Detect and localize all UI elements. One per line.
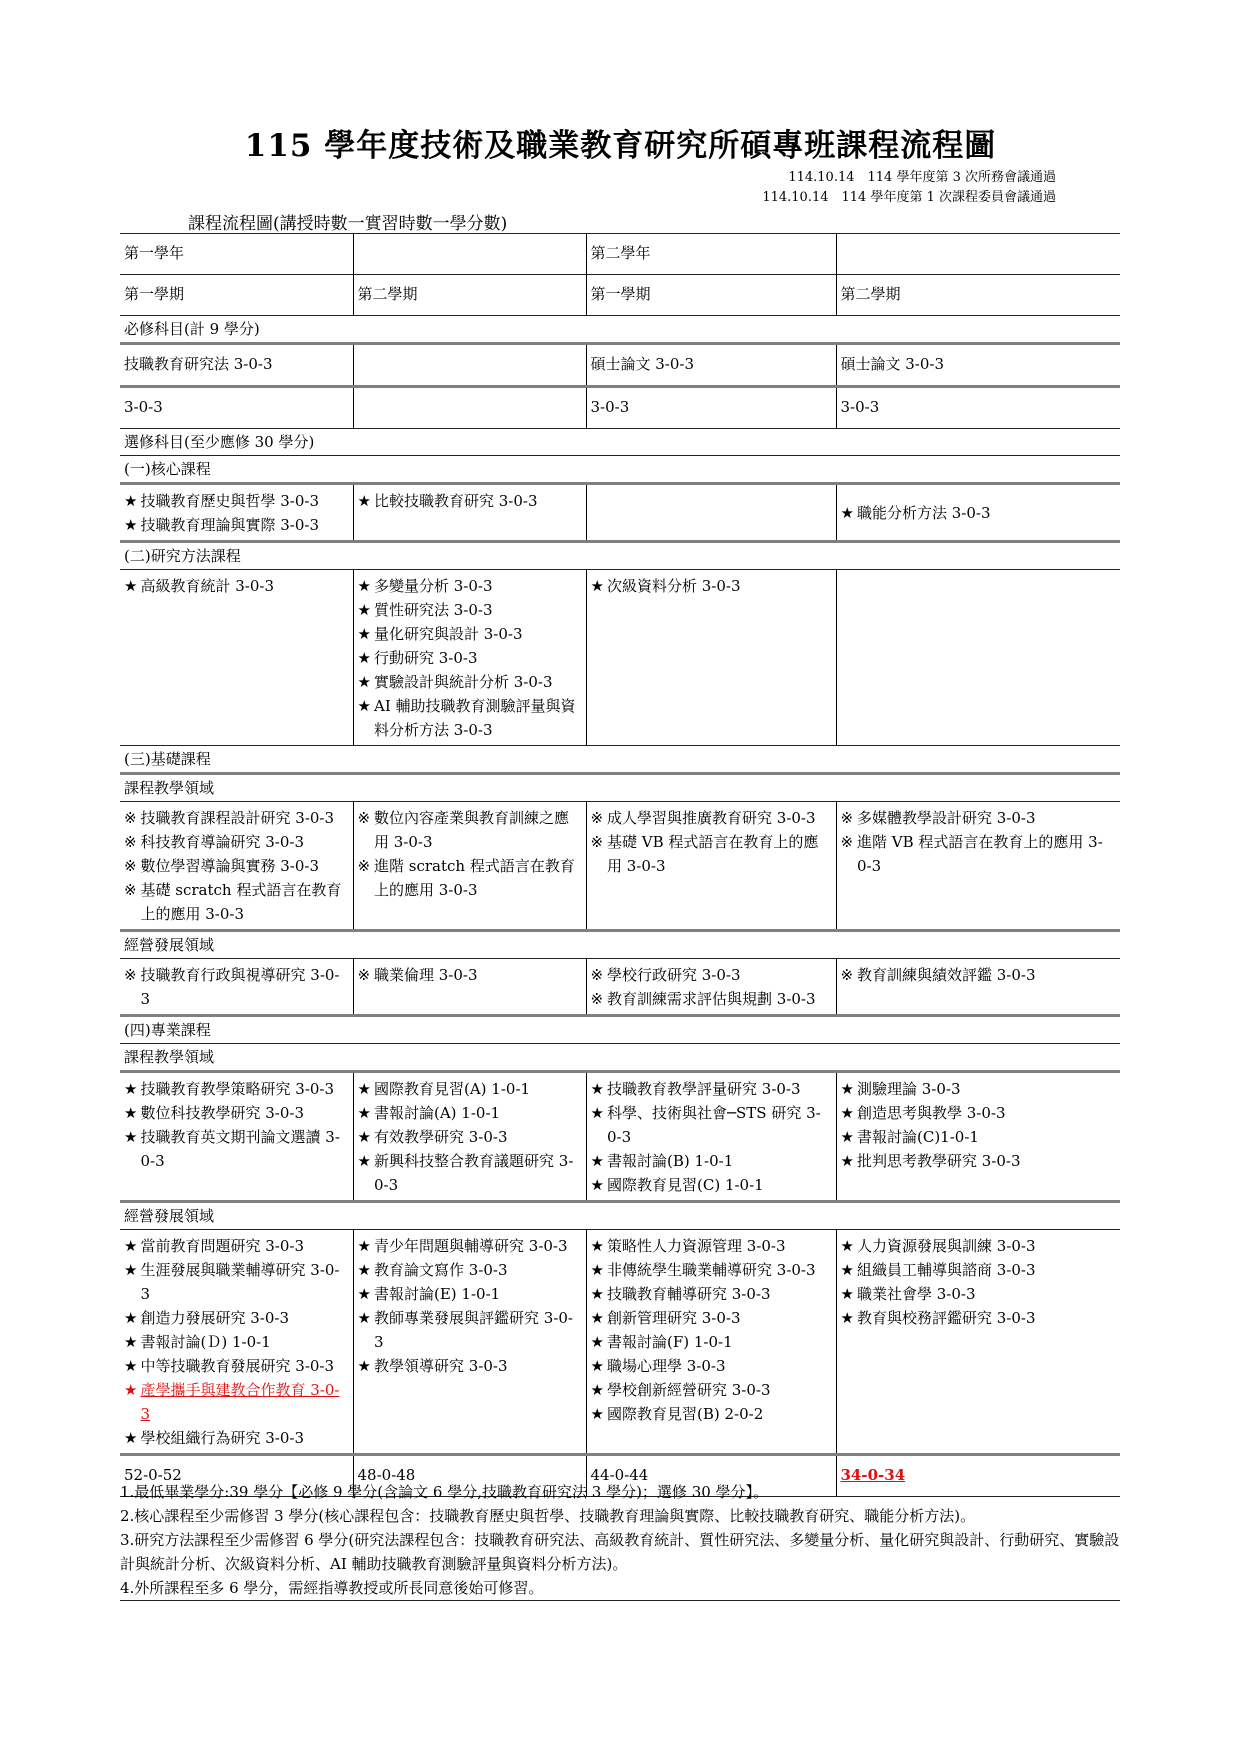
professional-curriculum-row: 課程教學領域 xyxy=(120,1044,1120,1072)
required-section-label: 必修科目(計 9 學分) xyxy=(120,316,1120,344)
foundation-management-row: 經營發展領域 xyxy=(120,931,1120,959)
subtotal-cell xyxy=(353,387,586,429)
star-icon: ★ xyxy=(591,1258,608,1282)
course-item: ★技職教育教學評量研究 3-0-3 xyxy=(591,1077,832,1101)
course-item: ★策略性人力資源管理 3-0-3 xyxy=(591,1234,832,1258)
star-icon: ★ xyxy=(591,1354,608,1378)
star-icon: ★ xyxy=(124,1077,141,1101)
course-cell xyxy=(353,344,586,387)
reference-mark-icon: ※ xyxy=(124,806,141,830)
star-icon: ★ xyxy=(841,1258,858,1282)
course-item: ★中等技職教育發展研究 3-0-3 xyxy=(124,1354,349,1378)
year-1-cell: 第一學年 xyxy=(120,234,353,275)
course-item: ★實驗設計與統計分析 3-0-3 xyxy=(358,670,582,694)
star-icon: ★ xyxy=(358,1354,375,1378)
subtotal-cell: 3-0-3 xyxy=(586,387,836,429)
course-list-cell: ※職業倫理 3-0-3 xyxy=(353,959,586,1016)
course-item: ★非傳統學生職業輔導研究 3-0-3 xyxy=(591,1258,832,1282)
star-icon: ★ xyxy=(124,1354,141,1378)
course-list-cell: ※多媒體教學設計研究 3-0-3※進階 VB 程式語言在教育上的應用 3-0-3 xyxy=(836,802,1120,931)
star-icon: ★ xyxy=(358,1234,375,1258)
year-2-cell: 第二學年 xyxy=(586,234,836,275)
star-icon: ★ xyxy=(591,1077,608,1101)
professional-management-row: 經營發展領域 xyxy=(120,1202,1120,1230)
course-item: ※進階 scratch 程式語言在教育上的應用 3-0-3 xyxy=(358,854,582,902)
approval-note-2: 114.10.14 114 學年度第 1 次課程委員會議通過 xyxy=(762,186,1056,205)
professional-section-row: (四)專業課程 xyxy=(120,1016,1120,1044)
course-item: ★職場心理學 3-0-3 xyxy=(591,1354,832,1378)
course-list-cell: ※技職教育課程設計研究 3-0-3※科技教育導論研究 3-0-3※數位學習導論與… xyxy=(120,802,353,931)
course-item: ★書報討論(Ｄ) 1-0-1 xyxy=(124,1330,349,1354)
reference-mark-icon: ※ xyxy=(841,963,858,987)
star-icon: ★ xyxy=(124,513,141,537)
course-item: ★創造力發展研究 3-0-3 xyxy=(124,1306,349,1330)
course-item: ★職能分析方法 3-0-3 xyxy=(841,501,1117,525)
star-icon: ★ xyxy=(591,1101,608,1125)
course-item: ※職業倫理 3-0-3 xyxy=(358,963,582,987)
subtotal-cell: 3-0-3 xyxy=(120,387,353,429)
course-item: ★科學、技術與社會─STS 研究 3-0-3 xyxy=(591,1101,832,1149)
course-list-cell: ※教育訓練與績效評鑑 3-0-3 xyxy=(836,959,1120,1016)
note-1: 1.最低畢業學分:39 學分【必修 9 學分(含論文 6 學分,技職教育研究法 … xyxy=(120,1480,1120,1504)
course-item: ★量化研究與設計 3-0-3 xyxy=(358,622,582,646)
reference-mark-icon: ※ xyxy=(124,830,141,854)
core-section-row: (一)核心課程 xyxy=(120,456,1120,484)
star-icon: ★ xyxy=(124,1234,141,1258)
methods-courses-row: ★高級教育統計 3-0-3 ★多變量分析 3-0-3★質性研究法 3-0-3★量… xyxy=(120,570,1120,746)
star-icon: ★ xyxy=(591,1402,608,1426)
star-icon: ★ xyxy=(358,670,375,694)
course-list-cell xyxy=(836,570,1120,746)
course-cell: 碩士論文 3-0-3 xyxy=(586,344,836,387)
course-item: ※學校行政研究 3-0-3 xyxy=(591,963,832,987)
course-item: ★數位科技教學研究 3-0-3 xyxy=(124,1101,349,1125)
year-1-cell-blank xyxy=(353,234,586,275)
course-item: ★高級教育統計 3-0-3 xyxy=(124,574,349,598)
professional-management-label: 經營發展領域 xyxy=(120,1202,1120,1230)
reference-mark-icon: ※ xyxy=(124,963,141,987)
star-icon: ★ xyxy=(358,1258,375,1282)
course-item: ★書報討論(E) 1-0-1 xyxy=(358,1282,582,1306)
course-item: ★當前教育問題研究 3-0-3 xyxy=(124,1234,349,1258)
document-page: 115 學年度技術及職業教育研究所碩專班課程流程圖 114.10.14 114 … xyxy=(0,0,1241,1755)
foundation-curriculum-courses-row: ※技職教育課程設計研究 3-0-3※科技教育導論研究 3-0-3※數位學習導論與… xyxy=(120,802,1120,931)
foundation-management-courses-row: ※技職教育行政與視導研究 3-0-3 ※職業倫理 3-0-3 ※學校行政研究 3… xyxy=(120,959,1120,1016)
reference-mark-icon: ※ xyxy=(591,806,608,830)
course-item: ★技職教育輔導研究 3-0-3 xyxy=(591,1282,832,1306)
course-item: ★學校創新經營研究 3-0-3 xyxy=(591,1378,832,1402)
course-item: ★國際教育見習(C) 1-0-1 xyxy=(591,1173,832,1197)
notes-section: 1.最低畢業學分:39 學分【必修 9 學分(含論文 6 學分,技職教育研究法 … xyxy=(120,1480,1120,1601)
semester-cell: 第一學期 xyxy=(586,275,836,316)
course-list-cell: ★策略性人力資源管理 3-0-3★非傳統學生職業輔導研究 3-0-3★技職教育輔… xyxy=(586,1230,836,1455)
course-list-cell: ★技職教育教學策略研究 3-0-3★數位科技教學研究 3-0-3★技職教育英文期… xyxy=(120,1072,353,1202)
course-item: ※數位內容產業與教育訓練之應用 3-0-3 xyxy=(358,806,582,854)
foundation-section-label: (三)基礎課程 xyxy=(120,746,1120,774)
star-icon: ★ xyxy=(591,1330,608,1354)
year-header-row: 第一學年 第二學年 xyxy=(120,234,1120,275)
course-item: ★行動研究 3-0-3 xyxy=(358,646,582,670)
course-item: ★教學領導研究 3-0-3 xyxy=(358,1354,582,1378)
course-item: ★技職教育歷史與哲學 3-0-3 xyxy=(124,489,349,513)
reference-mark-icon: ※ xyxy=(124,878,141,902)
star-icon: ★ xyxy=(591,1282,608,1306)
subtotal-cell: 3-0-3 xyxy=(836,387,1120,429)
professional-curriculum-label: 課程教學領域 xyxy=(120,1044,1120,1072)
course-item: ★國際教育見習(B) 2-0-2 xyxy=(591,1402,832,1426)
course-list-cell: ★技職教育歷史與哲學 3-0-3★技職教育理論與實際 3-0-3 xyxy=(120,484,353,542)
course-item: ★產學攜手與建教合作教育 3-0-3 xyxy=(124,1378,349,1426)
star-icon: ★ xyxy=(124,1426,141,1450)
semester-header-row: 第一學期 第二學期 第一學期 第二學期 xyxy=(120,275,1120,316)
course-cell: 碩士論文 3-0-3 xyxy=(836,344,1120,387)
elective-section-row: 選修科目(至少應修 30 學分) xyxy=(120,429,1120,456)
elective-section-label: 選修科目(至少應修 30 學分) xyxy=(120,429,1120,456)
course-item: ※教育訓練與績效評鑑 3-0-3 xyxy=(841,963,1117,987)
star-icon: ★ xyxy=(591,574,608,598)
methods-section-label: (二)研究方法課程 xyxy=(120,542,1120,570)
star-icon: ★ xyxy=(358,1077,375,1101)
course-item: ※基礎 scratch 程式語言在教育上的應用 3-0-3 xyxy=(124,878,349,926)
semester-cell: 第二學期 xyxy=(353,275,586,316)
course-item: ★次級資料分析 3-0-3 xyxy=(591,574,832,598)
course-item: ★生涯發展與職業輔導研究 3-0-3 xyxy=(124,1258,349,1306)
course-item: ※科技教育導論研究 3-0-3 xyxy=(124,830,349,854)
course-list-cell: ★次級資料分析 3-0-3 xyxy=(586,570,836,746)
course-item: ★書報討論(F) 1-0-1 xyxy=(591,1330,832,1354)
course-item: ★青少年問題與輔導研究 3-0-3 xyxy=(358,1234,582,1258)
core-courses-row: ★技職教育歷史與哲學 3-0-3★技職教育理論與實際 3-0-3 ★比較技職教育… xyxy=(120,484,1120,542)
course-item: ★質性研究法 3-0-3 xyxy=(358,598,582,622)
course-list-cell: ★國際教育見習(A) 1-0-1★書報討論(A) 1-0-1★有效教學研究 3-… xyxy=(353,1072,586,1202)
course-item: ★國際教育見習(A) 1-0-1 xyxy=(358,1077,582,1101)
required-subtotal-row: 3-0-3 3-0-3 3-0-3 xyxy=(120,387,1120,429)
star-icon: ★ xyxy=(591,1173,608,1197)
course-item: ★測驗理論 3-0-3 xyxy=(841,1077,1117,1101)
course-item: ※成人學習與推廣教育研究 3-0-3 xyxy=(591,806,832,830)
star-icon: ★ xyxy=(841,1234,858,1258)
star-icon: ★ xyxy=(841,501,858,525)
star-icon: ★ xyxy=(841,1149,858,1173)
semester-cell: 第一學期 xyxy=(120,275,353,316)
foundation-section-row: (三)基礎課程 xyxy=(120,746,1120,774)
approval-note-1: 114.10.14 114 學年度第 3 次所務會議通過 xyxy=(788,166,1056,185)
course-item: ★書報討論(B) 1-0-1 xyxy=(591,1149,832,1173)
course-list-cell: ★青少年問題與輔導研究 3-0-3★教育論文寫作 3-0-3★書報討論(E) 1… xyxy=(353,1230,586,1455)
star-icon: ★ xyxy=(124,1101,141,1125)
course-item: ★創新管理研究 3-0-3 xyxy=(591,1306,832,1330)
course-item: ★多變量分析 3-0-3 xyxy=(358,574,582,598)
course-item: ★技職教育英文期刊論文選讀 3-0-3 xyxy=(124,1125,349,1173)
star-icon: ★ xyxy=(358,489,375,513)
required-courses-row: 技職教育研究法 3-0-3 碩士論文 3-0-3 碩士論文 3-0-3 xyxy=(120,344,1120,387)
course-list-cell: ★高級教育統計 3-0-3 xyxy=(120,570,353,746)
course-list-cell: ※成人學習與推廣教育研究 3-0-3※基礎 VB 程式語言在教育上的應用 3-0… xyxy=(586,802,836,931)
reference-mark-icon: ※ xyxy=(358,854,375,878)
course-list-cell: ★人力資源發展與訓練 3-0-3★組織員工輔導與諮商 3-0-3★職業社會學 3… xyxy=(836,1230,1120,1455)
star-icon: ★ xyxy=(358,1282,375,1306)
flow-chart-subtitle: 課程流程圖(講授時數一實習時數一學分數) xyxy=(188,209,507,234)
star-icon: ★ xyxy=(358,574,375,598)
star-icon: ★ xyxy=(591,1149,608,1173)
course-list-cell: ※學校行政研究 3-0-3※教育訓練需求評估與規劃 3-0-3 xyxy=(586,959,836,1016)
course-list-cell: ★技職教育教學評量研究 3-0-3★科學、技術與社會─STS 研究 3-0-3★… xyxy=(586,1072,836,1202)
reference-mark-icon: ※ xyxy=(591,830,608,854)
course-item: ※教育訓練需求評估與規劃 3-0-3 xyxy=(591,987,832,1011)
course-list-cell: ★當前教育問題研究 3-0-3★生涯發展與職業輔導研究 3-0-3★創造力發展研… xyxy=(120,1230,353,1455)
star-icon: ★ xyxy=(124,1258,141,1282)
foundation-curriculum-row: 課程教學領域 xyxy=(120,774,1120,802)
note-4: 4.外所課程至多 6 學分，需經指導教授或所長同意後始可修習。 xyxy=(120,1576,1120,1600)
course-item: ★有效教學研究 3-0-3 xyxy=(358,1125,582,1149)
star-icon: ★ xyxy=(841,1101,858,1125)
star-icon: ★ xyxy=(124,1378,141,1402)
course-item: ※多媒體教學設計研究 3-0-3 xyxy=(841,806,1117,830)
star-icon: ★ xyxy=(591,1234,608,1258)
course-cell: 技職教育研究法 3-0-3 xyxy=(120,344,353,387)
course-item: ★創造思考與教學 3-0-3 xyxy=(841,1101,1117,1125)
star-icon: ★ xyxy=(841,1077,858,1101)
course-flow-table: 第一學年 第二學年 第一學期 第二學期 第一學期 第二學期 必修科目(計 9 學… xyxy=(120,233,1120,1497)
required-section-row: 必修科目(計 9 學分) xyxy=(120,316,1120,344)
course-item: ★教師專業發展與評鑑研究 3-0-3 xyxy=(358,1306,582,1354)
star-icon: ★ xyxy=(841,1306,858,1330)
foundation-management-label: 經營發展領域 xyxy=(120,931,1120,959)
reference-mark-icon: ※ xyxy=(591,987,608,1011)
star-icon: ★ xyxy=(358,1125,375,1149)
course-list-cell: ★多變量分析 3-0-3★質性研究法 3-0-3★量化研究與設計 3-0-3★行… xyxy=(353,570,586,746)
page-title: 115 學年度技術及職業教育研究所碩專班課程流程圖 xyxy=(0,120,1241,165)
star-icon: ★ xyxy=(358,694,375,718)
star-icon: ★ xyxy=(124,1330,141,1354)
course-item: ★批判思考教學研究 3-0-3 xyxy=(841,1149,1117,1173)
course-item: ★技職教育理論與實際 3-0-3 xyxy=(124,513,349,537)
foundation-curriculum-label: 課程教學領域 xyxy=(120,774,1120,802)
star-icon: ★ xyxy=(124,489,141,513)
star-icon: ★ xyxy=(358,646,375,670)
reference-mark-icon: ※ xyxy=(841,830,858,854)
reference-mark-icon: ※ xyxy=(124,854,141,878)
course-list-cell: ※技職教育行政與視導研究 3-0-3 xyxy=(120,959,353,1016)
star-icon: ★ xyxy=(124,1306,141,1330)
course-item: ★書報討論(A) 1-0-1 xyxy=(358,1101,582,1125)
course-item: ※基礎 VB 程式語言在教育上的應用 3-0-3 xyxy=(591,830,832,878)
core-section-label: (一)核心課程 xyxy=(120,456,1120,484)
reference-mark-icon: ※ xyxy=(591,963,608,987)
course-list-cell xyxy=(586,484,836,542)
star-icon: ★ xyxy=(841,1282,858,1306)
course-item: ※進階 VB 程式語言在教育上的應用 3-0-3 xyxy=(841,830,1117,878)
course-item: ★教育論文寫作 3-0-3 xyxy=(358,1258,582,1282)
course-item: ★AI 輔助技職教育測驗評量與資料分析方法 3-0-3 xyxy=(358,694,582,742)
course-item: ★技職教育教學策略研究 3-0-3 xyxy=(124,1077,349,1101)
reference-mark-icon: ※ xyxy=(358,806,375,830)
course-item: ★比較技職教育研究 3-0-3 xyxy=(358,489,582,513)
star-icon: ★ xyxy=(358,598,375,622)
course-item: ★人力資源發展與訓練 3-0-3 xyxy=(841,1234,1117,1258)
course-list-cell: ★職能分析方法 3-0-3 xyxy=(836,484,1120,542)
star-icon: ★ xyxy=(841,1125,858,1149)
professional-curriculum-courses-row: ★技職教育教學策略研究 3-0-3★數位科技教學研究 3-0-3★技職教育英文期… xyxy=(120,1072,1120,1202)
professional-management-courses-row: ★當前教育問題研究 3-0-3★生涯發展與職業輔導研究 3-0-3★創造力發展研… xyxy=(120,1230,1120,1455)
star-icon: ★ xyxy=(591,1378,608,1402)
semester-cell: 第二學期 xyxy=(836,275,1120,316)
course-item: ★組織員工輔導與諮商 3-0-3 xyxy=(841,1258,1117,1282)
course-item: ※數位學習導論與實務 3-0-3 xyxy=(124,854,349,878)
reference-mark-icon: ※ xyxy=(841,806,858,830)
course-list-cell: ★測驗理論 3-0-3★創造思考與教學 3-0-3★書報討論(C)1-0-1★批… xyxy=(836,1072,1120,1202)
star-icon: ★ xyxy=(124,574,141,598)
star-icon: ★ xyxy=(358,622,375,646)
course-item: ※技職教育行政與視導研究 3-0-3 xyxy=(124,963,349,1011)
star-icon: ★ xyxy=(591,1306,608,1330)
star-icon: ★ xyxy=(358,1101,375,1125)
professional-section-label: (四)專業課程 xyxy=(120,1016,1120,1044)
note-3: 3.研究方法課程至少需修習 6 學分(研究法課程包含：技職教育研究法、高級教育統… xyxy=(120,1528,1120,1576)
star-icon: ★ xyxy=(124,1125,141,1149)
course-list-cell: ★比較技職教育研究 3-0-3 xyxy=(353,484,586,542)
course-list-cell: ※數位內容產業與教育訓練之應用 3-0-3※進階 scratch 程式語言在教育… xyxy=(353,802,586,931)
course-item: ★學校組織行為研究 3-0-3 xyxy=(124,1426,349,1450)
course-item: ★職業社會學 3-0-3 xyxy=(841,1282,1117,1306)
course-item: ★教育與校務評鑑研究 3-0-3 xyxy=(841,1306,1117,1330)
course-item: ★新興科技整合教育議題研究 3-0-3 xyxy=(358,1149,582,1197)
course-item: ※技職教育課程設計研究 3-0-3 xyxy=(124,806,349,830)
year-2-cell-blank xyxy=(836,234,1120,275)
course-item: ★書報討論(C)1-0-1 xyxy=(841,1125,1117,1149)
reference-mark-icon: ※ xyxy=(358,963,375,987)
note-2: 2.核心課程至少需修習 3 學分(核心課程包含：技職教育歷史與哲學、技職教育理論… xyxy=(120,1504,1120,1528)
star-icon: ★ xyxy=(358,1149,375,1173)
star-icon: ★ xyxy=(358,1306,375,1330)
methods-section-row: (二)研究方法課程 xyxy=(120,542,1120,570)
